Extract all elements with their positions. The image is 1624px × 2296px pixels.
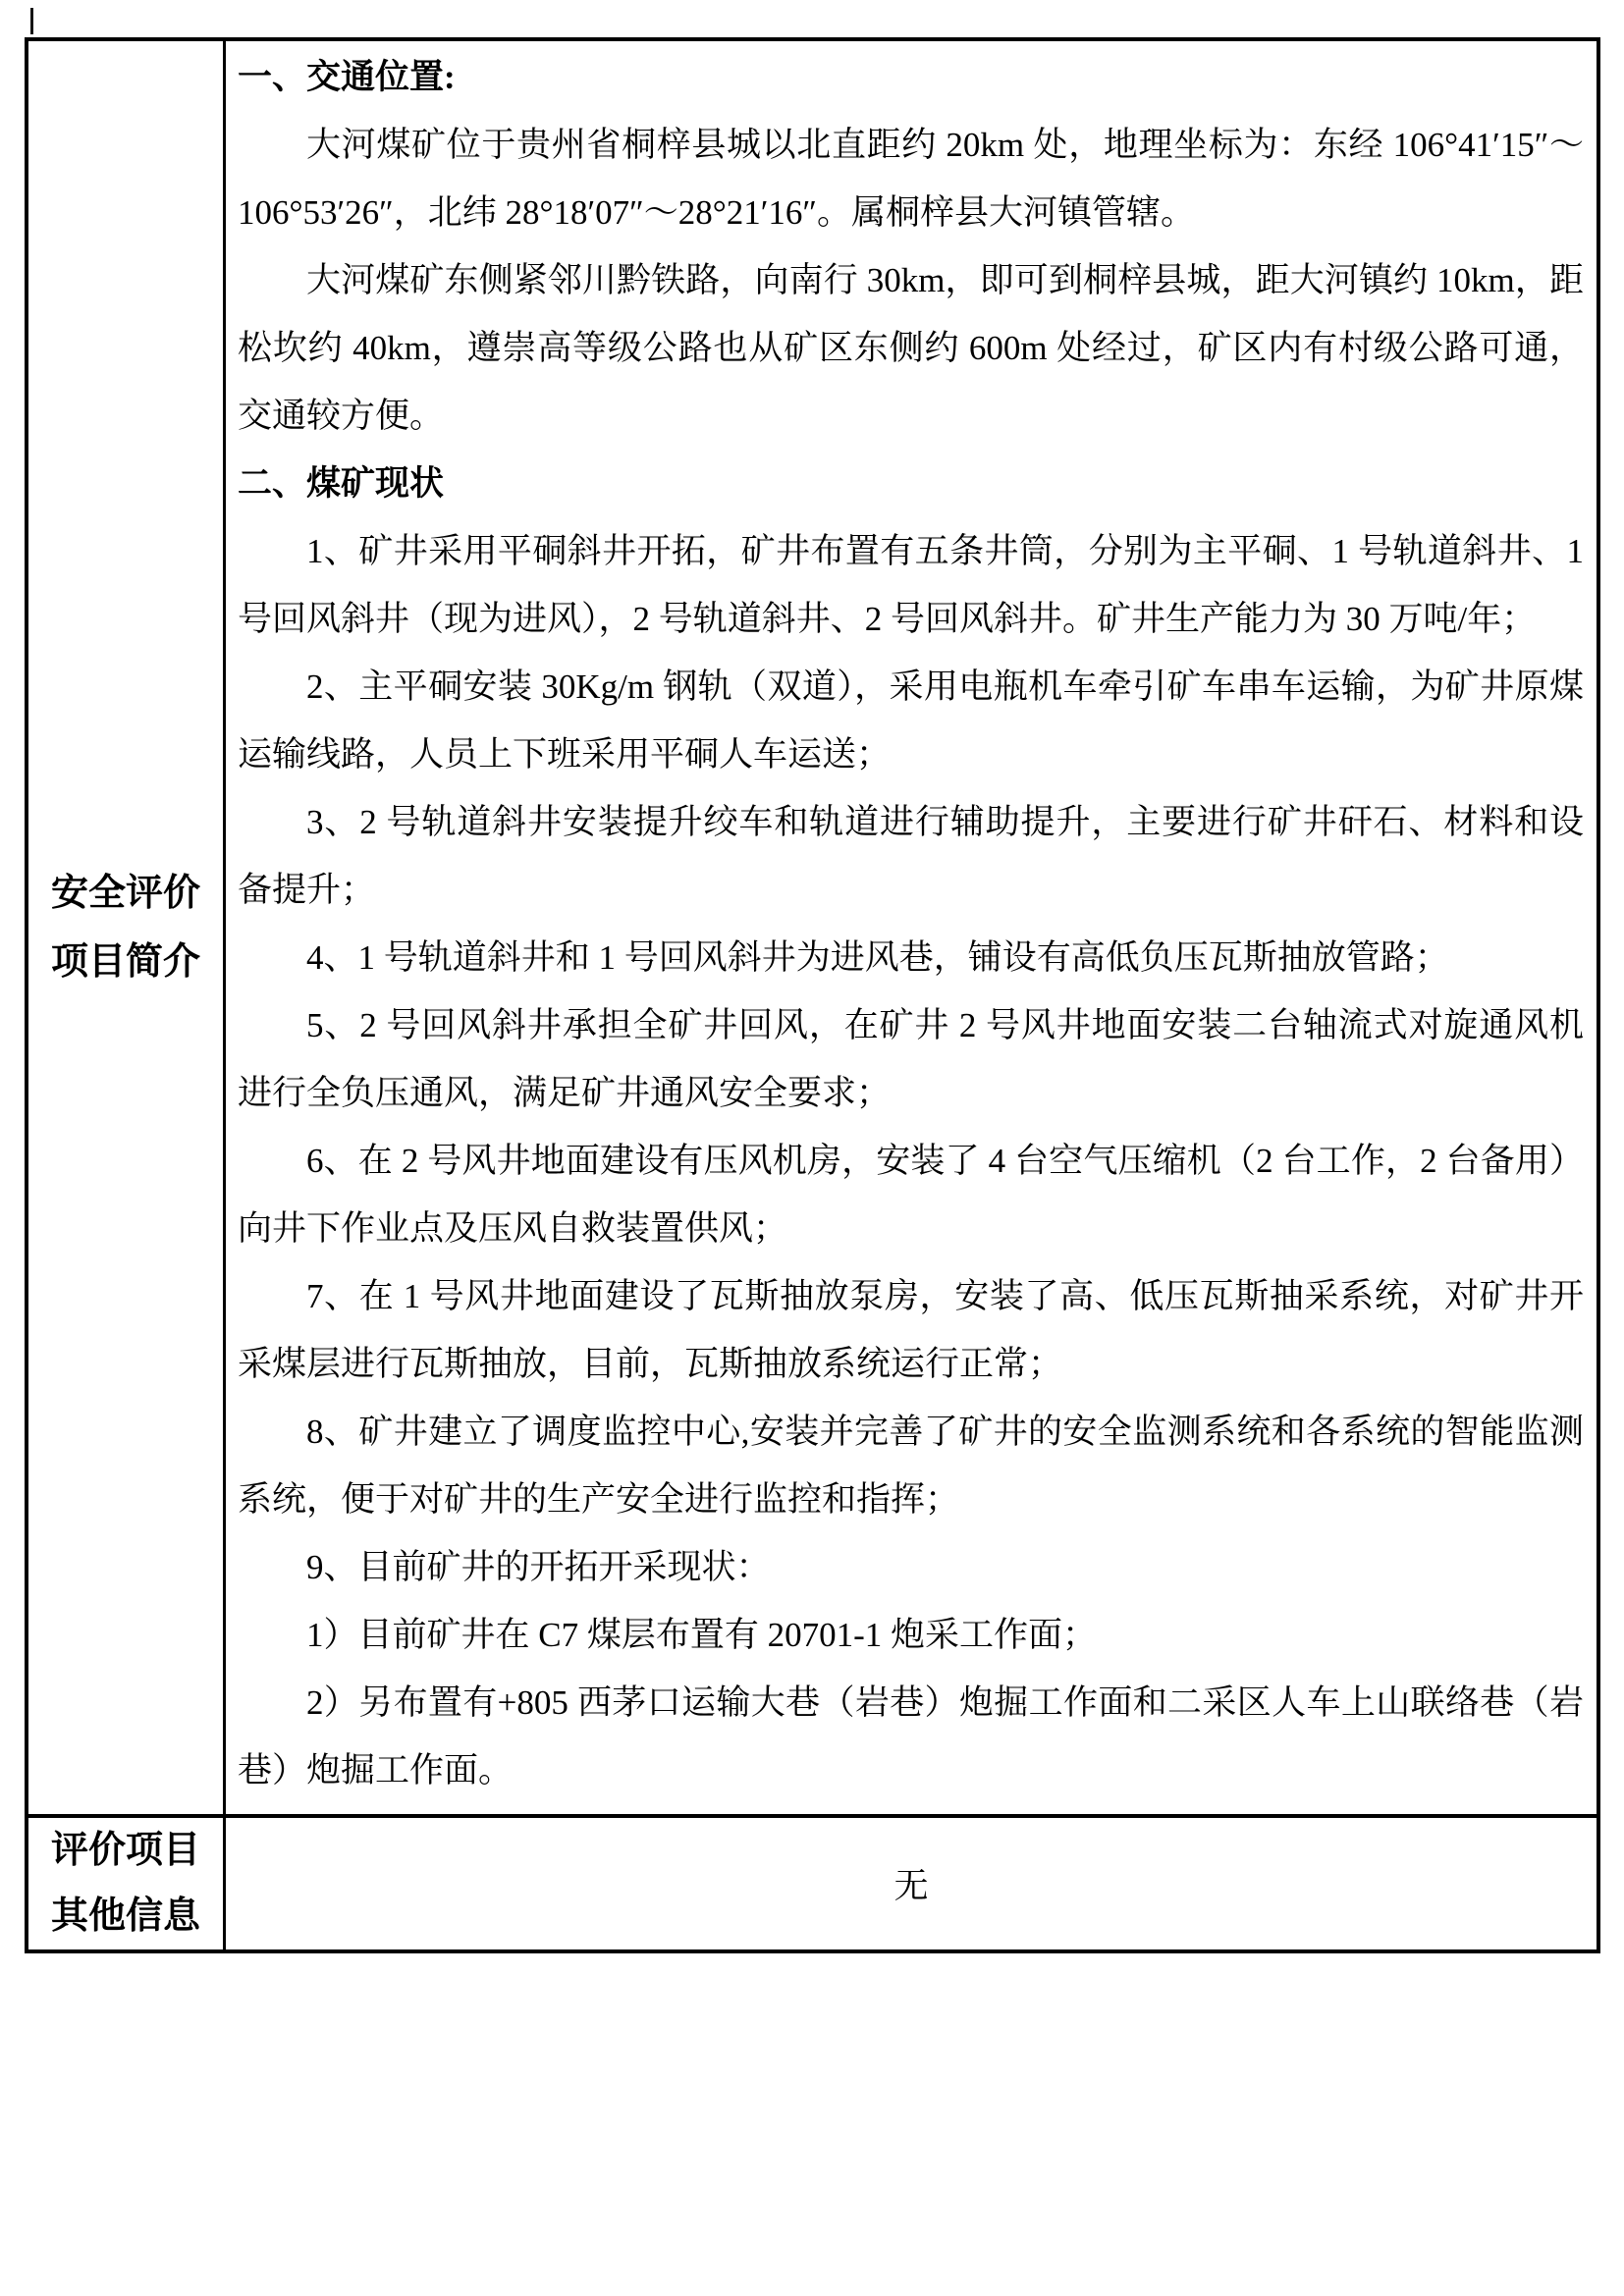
section-heading: 二、煤矿现状 [238,450,1584,517]
body-paragraph: 1）目前矿井在 C7 煤层布置有 20701-1 炮采工作面； [238,1601,1584,1669]
body-paragraph: 8、矿井建立了调度监控中心,安装并完善了矿井的安全监测系统和各系统的智能监测系统… [238,1398,1584,1533]
body-paragraph: 7、在 1 号风井地面建设了瓦斯抽放泵房，安装了高、低压瓦斯抽采系统，对矿井开采… [238,1262,1584,1398]
doc-table: 安全评价项目简介 一、交通位置:大河煤矿位于贵州省桐梓县城以北直距约 20km … [25,37,1600,1953]
body-paragraph: 6、在 2 号风井地面建设有压风机房，安装了 4 台空气压缩机（2 台工作，2 … [238,1127,1584,1262]
body-paragraph: 4、1 号轨道斜井和 1 号回风斜井为进风巷，铺设有高低负压瓦斯抽放管路； [238,924,1584,991]
body-paragraph: 2、主平硐安装 30Kg/m 钢轨（双道），采用电瓶机车牵引矿车串车运输，为矿井… [238,653,1584,788]
intro-content: 一、交通位置:大河煤矿位于贵州省桐梓县城以北直距约 20km 处，地理坐标为：东… [226,41,1597,1814]
body-paragraph: 大河煤矿东侧紧邻川黔铁路，向南行 30km，即可到桐梓县城，距大河镇约 10km… [238,246,1584,450]
body-paragraph: 大河煤矿位于贵州省桐梓县城以北直距约 20km 处，地理坐标为：东经 106°4… [238,111,1584,246]
table-row-other-info: 评价项目其他信息 无 [28,1814,1597,1949]
body-paragraph: 2）另布置有+805 西茅口运输大巷（岩巷）炮掘工作面和二采区人车上山联络巷（岩… [238,1669,1584,1804]
row-label-line: 评价项目 [51,1818,200,1884]
document-page: 安全评价项目简介 一、交通位置:大河煤矿位于贵州省桐梓县城以北直距约 20km … [0,0,1624,2296]
row-label-line: 其他信息 [51,1884,200,1949]
row-label-intro: 安全评价项目简介 [28,41,226,1814]
body-paragraph: 1、矿井采用平硐斜井开拓，矿井布置有五条井筒，分别为主平硐、1 号轨道斜井、1 … [238,517,1584,653]
body-paragraph: 3、2 号轨道斜井安装提升绞车和轨道进行辅助提升，主要进行矿井矸石、材料和设备提… [238,788,1584,924]
scan-artifact-mark [30,8,33,34]
row-label-line: 安全评价 [51,859,200,928]
body-paragraph: 5、2 号回风斜井承担全矿井回风，在矿井 2 号风井地面安装二台轴流式对旋通风机… [238,991,1584,1127]
row-label-line: 项目简介 [51,928,200,996]
other-info-value: 无 [226,1818,1597,1949]
table-row-intro: 安全评价项目简介 一、交通位置:大河煤矿位于贵州省桐梓县城以北直距约 20km … [28,41,1597,1814]
row-label-other-info: 评价项目其他信息 [28,1818,226,1949]
section-heading: 一、交通位置: [238,43,1584,111]
body-paragraph: 9、目前矿井的开拓开采现状： [238,1533,1584,1601]
